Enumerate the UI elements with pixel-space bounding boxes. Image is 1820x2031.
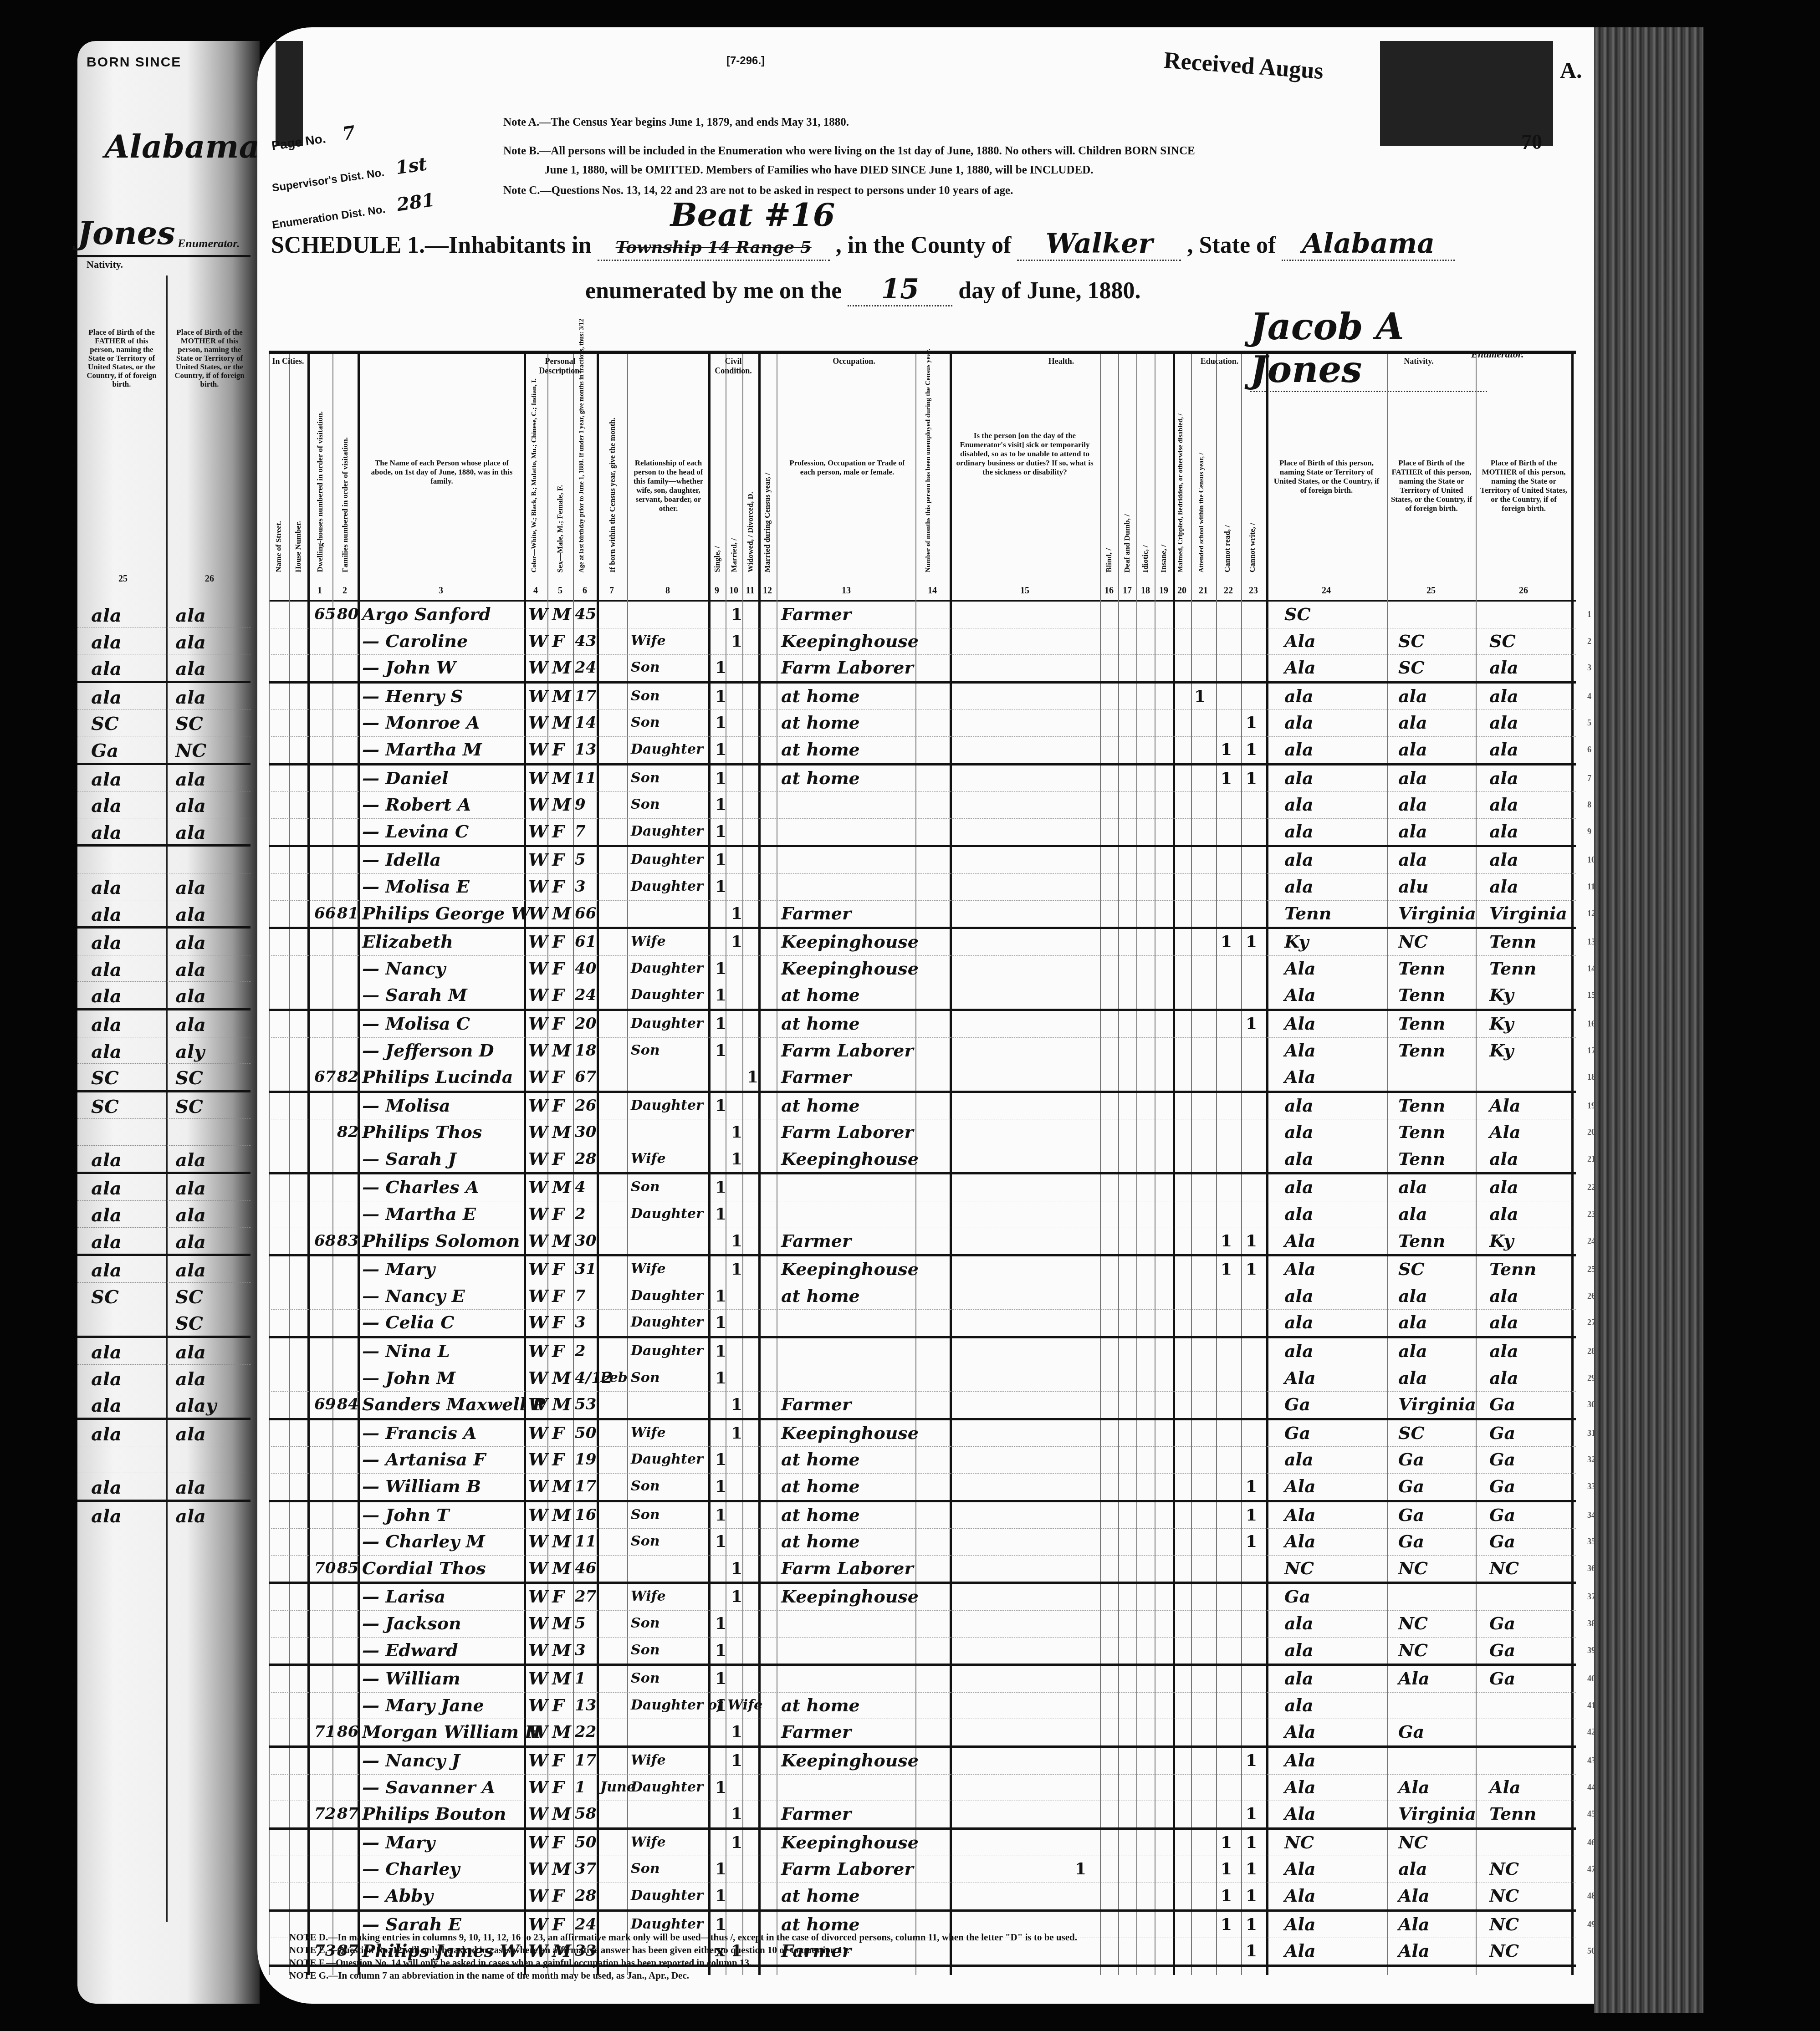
table-row: — Sarah MWF24Daughter1at homeAlaTennKy15 xyxy=(269,982,1576,1011)
note-g: NOTE G.—In column 7 an abbreviation in t… xyxy=(289,1969,1077,1982)
cell-mother: ala xyxy=(175,658,206,679)
column-number: 1 xyxy=(313,586,327,596)
cell-age: 3 xyxy=(575,1640,586,1660)
cell-mother: NC xyxy=(1489,1886,1519,1906)
header-col18: Idiotic, / xyxy=(1141,545,1150,572)
cell-father: ala xyxy=(91,1342,122,1363)
table-row: — Monroe AWM14Son1at home1alaalaala5 xyxy=(269,710,1576,737)
column-number: 11 xyxy=(743,586,757,596)
cell-father: SC xyxy=(91,713,119,735)
table-row: — Nancy EWF7Daughter1at homealaalaala26 xyxy=(269,1283,1576,1310)
previous-page-row: alaala xyxy=(77,683,251,710)
cell-father: ala xyxy=(1398,1286,1427,1306)
cell-name: Philips Solomon xyxy=(362,1231,520,1251)
cell-mother: NC xyxy=(1489,1859,1519,1879)
table-row: — William BWM17Son1at home1AlaGaGa33 xyxy=(269,1474,1576,1502)
table-row: — Martha MWF13Daughter1at home11alaalaal… xyxy=(269,737,1576,765)
previous-page-row: SCSC xyxy=(77,1064,251,1092)
cell-color: W xyxy=(528,822,548,842)
previous-page-row: alaala xyxy=(77,1502,251,1529)
header-col1: Dwelling-houses numbered in order of vis… xyxy=(316,411,325,572)
cell-mother: Ga xyxy=(1489,1476,1515,1496)
cell-age: 31 xyxy=(575,1259,596,1279)
cell-father: ala xyxy=(91,687,122,708)
cell-father: ala xyxy=(91,1477,122,1498)
cell-name: — Edward xyxy=(362,1640,458,1660)
group-education: Education. xyxy=(1173,357,1266,366)
cell-sex: F xyxy=(552,1777,564,1797)
previous-page-rows: alaalaalaalaalaalaalaalaSCSCGaNCalaalaal… xyxy=(77,601,251,1528)
cell-name: — John M xyxy=(362,1368,455,1388)
cell-age: 27 xyxy=(575,1587,596,1607)
table-row: — MolisaWF26Daughter1at homealaTennAla19 xyxy=(269,1093,1576,1120)
cell-mother: ala xyxy=(1489,740,1518,760)
cell-age: 50 xyxy=(575,1423,596,1443)
cell-fam: 82 xyxy=(337,1122,358,1142)
cell-single: 1 xyxy=(715,1505,726,1525)
cell-write: 1 xyxy=(1246,1476,1257,1496)
cell-father: ala xyxy=(1398,822,1427,842)
cell-read: 1 xyxy=(1221,1832,1232,1852)
header-house: House Number. xyxy=(294,521,303,572)
cell-mother: SC xyxy=(175,1313,203,1334)
cell-color: W xyxy=(528,1804,548,1824)
schedule-title-line: SCHEDULE 1.—Inhabitants in Township 14 R… xyxy=(271,228,1455,261)
cell-rel: Wife xyxy=(631,631,666,651)
cell-married: 1 xyxy=(731,932,742,952)
cell-occ: at home xyxy=(781,1531,860,1551)
cell-color: W xyxy=(528,768,548,788)
cell-mother: ala xyxy=(1489,1177,1518,1197)
cell-birth: Ala xyxy=(1284,1041,1316,1061)
enumerator-label: Enumerator. xyxy=(178,237,240,250)
cell-mother: Ky xyxy=(1489,1014,1513,1034)
cell-single: 1 xyxy=(715,1096,726,1116)
cell-single: 1 xyxy=(715,1014,726,1034)
cell-rel: Daughter xyxy=(631,850,703,870)
cell-father: Tenn xyxy=(1398,1014,1445,1034)
county-field: Walker xyxy=(1017,228,1181,261)
cell-name: — Nancy E xyxy=(362,1286,465,1306)
cell-mother: NC xyxy=(1489,1914,1519,1934)
cell-father: Virginia xyxy=(1398,1804,1476,1824)
cell-color: W xyxy=(528,903,548,924)
cell-single: 1 xyxy=(715,1777,726,1797)
cell-mother: ala xyxy=(1489,1312,1518,1332)
cell-mother: ala xyxy=(1489,658,1518,678)
cell-write: 1 xyxy=(1246,1505,1257,1525)
table-row: — Charles AWM4Son1alaalaala22 xyxy=(269,1174,1576,1201)
cell-mother: SC xyxy=(175,1067,203,1089)
cell-father: ala xyxy=(91,795,122,816)
cell-father: Ala xyxy=(1398,1777,1430,1797)
cell-mother: ala xyxy=(1489,850,1518,870)
cell-name: Sanders Maxwell P xyxy=(362,1394,545,1414)
cell-name: Philips Lucinda xyxy=(362,1067,513,1087)
table-row: — CharleyWM37Son1Farm Laborer111AlaalaNC… xyxy=(269,1856,1576,1883)
cell-occ: Farmer xyxy=(781,1067,851,1087)
header-col20: Maimed, Crippled, Bedridden, or otherwis… xyxy=(1177,413,1185,572)
cell-father: ala xyxy=(1398,1204,1427,1224)
cell-color: W xyxy=(528,1832,548,1852)
cell-mother: Ga xyxy=(1489,1613,1515,1633)
cell-write: 1 xyxy=(1246,1859,1257,1879)
previous-page-row: alaala xyxy=(77,765,251,792)
cell-mother: ala xyxy=(175,1014,206,1036)
cell-birth: Ala xyxy=(1284,959,1316,979)
column-number: 26 xyxy=(1517,586,1530,596)
cell-age: 28 xyxy=(575,1149,596,1169)
cell-age: 46 xyxy=(575,1558,596,1578)
cell-father: ala xyxy=(91,1231,122,1253)
cell-name: — Larisa xyxy=(362,1587,445,1607)
cell-mother: ala xyxy=(175,632,206,653)
cell-name: — Molisa E xyxy=(362,877,470,897)
cell-married: 1 xyxy=(731,1832,742,1852)
cell-father: Ala xyxy=(1398,1941,1430,1961)
cell-rel: Daughter xyxy=(631,1312,703,1332)
table-row: — Sarah JWF28Wife1KeepinghousealaTennala… xyxy=(269,1146,1576,1175)
cell-birth: ala xyxy=(1284,795,1314,815)
cell-father: ala xyxy=(91,769,122,790)
cell-name: — Caroline xyxy=(362,631,468,651)
cell-sex: F xyxy=(552,1014,564,1034)
table-row: 6580Argo SanfordWM451FarmerSC1 xyxy=(269,602,1576,628)
cell-name: — Nancy xyxy=(362,959,445,979)
cell-birth: Ala xyxy=(1284,1067,1316,1087)
cell-father: ala xyxy=(1398,850,1427,870)
cell-age: 24 xyxy=(575,658,596,678)
previous-page-row: alaala xyxy=(77,628,251,655)
cell-father: Tenn xyxy=(1398,985,1445,1005)
cell-sex: M xyxy=(552,1505,571,1525)
group-personal: Personal Description. xyxy=(524,357,597,376)
cell-color: W xyxy=(528,1204,548,1224)
cell-color: W xyxy=(528,1177,548,1197)
cell-mother: SC xyxy=(175,1096,203,1118)
table-row: — Robert AWM9Son1alaalaala8 xyxy=(269,792,1576,819)
cell-color: W xyxy=(528,713,548,733)
cell-married: 1 xyxy=(731,1259,742,1279)
cell-rel: Daughter xyxy=(631,1341,703,1361)
cell-color: W xyxy=(528,631,548,651)
cell-father: ala xyxy=(1398,1368,1427,1388)
cell-write: 1 xyxy=(1246,768,1257,788)
cell-occ: Farmer xyxy=(781,1231,851,1251)
cell-sex: F xyxy=(552,985,564,1005)
previous-page-row: SC xyxy=(77,1309,251,1338)
census-table: In Cities. Personal Description. Civil C… xyxy=(269,351,1576,1967)
cell-father: ala xyxy=(91,877,122,898)
cell-name: — John T xyxy=(362,1505,449,1525)
cell-mother: ala xyxy=(175,877,206,898)
cell-mother: Ala xyxy=(1489,1122,1521,1142)
cell-mother: Virginia xyxy=(1489,903,1567,924)
cell-write: 1 xyxy=(1246,1531,1257,1551)
cell-mother: NC xyxy=(1489,1941,1519,1961)
cell-age: 4 xyxy=(575,1177,586,1197)
cell-single: 1 xyxy=(715,713,726,733)
cell-write: 1 xyxy=(1246,713,1257,733)
cell-single: 1 xyxy=(715,1613,726,1633)
book-edge xyxy=(1594,27,1703,2013)
cell-married: 1 xyxy=(731,1231,742,1251)
cell-birth: Tenn xyxy=(1284,903,1331,924)
cell-sex: F xyxy=(552,1750,564,1771)
cell-father: SC xyxy=(1398,631,1425,651)
header-col26: Place of Birth of the MOTHER of this per… xyxy=(1479,459,1568,513)
cell-age: 13 xyxy=(575,740,596,760)
cell-rel: Son xyxy=(631,768,660,788)
cell-color: W xyxy=(528,1312,548,1332)
column-number: 13 xyxy=(839,586,853,596)
header-col4: Color—White, W.; Black, B.; Mulatto, Mu.… xyxy=(531,378,538,572)
cell-mother: SC xyxy=(175,713,203,735)
cell-occ: Farm Laborer xyxy=(781,1859,913,1879)
cell-married: 1 xyxy=(731,1587,742,1607)
cell-birth: Ala xyxy=(1284,1476,1316,1496)
header-col8: Relationship of each person to the head … xyxy=(631,459,706,513)
cell-sex: F xyxy=(552,1423,564,1443)
note-c: Note C.—Questions Nos. 13, 14, 22 and 23… xyxy=(503,184,1013,197)
header-col14: Number of months this person has been un… xyxy=(925,349,932,572)
previous-page-row: alaala xyxy=(77,1146,251,1174)
cell-name: Elizabeth xyxy=(362,932,453,952)
cell-sex: M xyxy=(552,795,571,815)
cell-age: 1 xyxy=(575,1669,586,1689)
cell-fam: 81 xyxy=(337,903,358,924)
cell-mother: ala xyxy=(1489,795,1518,815)
cell-fam: 87 xyxy=(337,1804,358,1824)
cell-birth: ala xyxy=(1284,1341,1314,1361)
cell-father: Tenn xyxy=(1398,1149,1445,1169)
supervisor-district-value: 1st xyxy=(394,153,429,179)
cell-birth: Ga xyxy=(1284,1587,1310,1607)
table-row: 7287Philips BoutonWM581Farmer1AlaVirgini… xyxy=(269,1801,1576,1830)
cell-sex: M xyxy=(552,1476,571,1496)
cell-birth: ala xyxy=(1284,1669,1314,1689)
cell-mother: ala xyxy=(175,1505,206,1527)
cell-birth: ala xyxy=(1284,1204,1314,1224)
previous-page-row: alaala xyxy=(77,955,251,982)
cell-name: — Mary xyxy=(362,1832,435,1852)
cell-father: NC xyxy=(1398,932,1428,952)
header-col25: Place of Birth of the FATHER of this per… xyxy=(1390,459,1473,513)
column-number: 2 xyxy=(338,586,352,596)
cell-name: — Nina L xyxy=(362,1341,450,1361)
cell-rel: Son xyxy=(631,1640,660,1660)
cell-color: W xyxy=(528,1558,548,1578)
cell-rel: Son xyxy=(631,1476,660,1496)
cell-birth: SC xyxy=(1284,604,1311,624)
line-number: 4 xyxy=(1587,692,1591,701)
cell-mother: Ky xyxy=(1489,985,1513,1005)
cell-color: W xyxy=(528,959,548,979)
cell-mother: Tenn xyxy=(1489,1259,1536,1279)
cell-mother: Tenn xyxy=(1489,1804,1536,1824)
corner-letter: A. xyxy=(1560,57,1582,83)
table-row: 7186Morgan William HWM221FarmerAlaGa42 xyxy=(269,1719,1576,1748)
header-col11: Widowed, / Divorced, D. xyxy=(746,492,755,572)
cell-single: 1 xyxy=(715,822,726,842)
cell-rel: Daughter xyxy=(631,1204,703,1224)
cell-mother: ala xyxy=(175,1260,206,1281)
cell-single: 1 xyxy=(715,985,726,1005)
cell-rel: Son xyxy=(631,1531,660,1551)
cell-month: June xyxy=(600,1777,635,1797)
table-row: — Francis AWF50Wife1KeepinghouseGaSCGa31 xyxy=(269,1420,1576,1447)
cell-name: — Francis A xyxy=(362,1423,477,1443)
cell-birth: Ky xyxy=(1284,932,1309,952)
cell-sex: M xyxy=(552,1722,571,1742)
cell-rel: Daughter xyxy=(631,985,703,1005)
cell-read: 1 xyxy=(1221,1886,1232,1906)
cell-mother: ala xyxy=(175,687,206,708)
cell-mother: ala xyxy=(175,1368,206,1390)
cell-name: — Martha M xyxy=(362,740,482,760)
cell-occ: Keepinghouse xyxy=(781,1587,919,1607)
cell-father: ala xyxy=(1398,795,1427,815)
cell-occ: Keepinghouse xyxy=(781,932,919,952)
cell-father: SC xyxy=(1398,1423,1425,1443)
cell-birth: Ala xyxy=(1284,1505,1316,1525)
cell-mother: ala xyxy=(1489,686,1518,706)
table-row: — John TWM16Son1at home1AlaGaGa34 xyxy=(269,1502,1576,1529)
cell-father: SC xyxy=(1398,658,1425,678)
cell-birth: ala xyxy=(1284,1695,1314,1715)
page-no-value: 7 xyxy=(341,122,357,144)
column-number: 7 xyxy=(605,586,619,596)
cell-color: W xyxy=(528,1394,548,1414)
header-col17: Deaf and Dumb, / xyxy=(1123,514,1132,572)
previous-page-row xyxy=(77,847,251,873)
column-number: 6 xyxy=(578,586,592,596)
cell-occ: at home xyxy=(781,1286,860,1306)
cell-occ: Farm Laborer xyxy=(781,658,913,678)
cell-mother: ala xyxy=(175,1204,206,1226)
cell-father: ala xyxy=(91,1204,122,1226)
cell-rel: Son xyxy=(631,1859,660,1879)
cell-age: 7 xyxy=(575,1286,586,1306)
cell-father: Ga xyxy=(1398,1505,1424,1525)
cell-married: 1 xyxy=(731,1722,742,1742)
cell-father: ala xyxy=(1398,686,1427,706)
cell-rel: Daughter xyxy=(631,1014,703,1034)
cell-mother: Tenn xyxy=(1489,959,1536,979)
cell-rel: Daughter xyxy=(631,822,703,842)
header-col19: Insane, / xyxy=(1159,545,1168,572)
cell-birth: Ala xyxy=(1284,1368,1316,1388)
cell-dw: 66 xyxy=(314,903,336,924)
cell-age: 1 xyxy=(575,1777,586,1797)
table-row: — Molisa CWF20Daughter1at home1AlaTennKy… xyxy=(269,1011,1576,1038)
cell-married: 1 xyxy=(731,604,742,624)
enumeration-district-value: 281 xyxy=(395,189,436,215)
table-row: — Martha EWF2Daughter1alaalaala23 xyxy=(269,1201,1576,1228)
col26-number: 26 xyxy=(205,574,214,584)
line-number: 2 xyxy=(1587,637,1591,646)
cell-mother: Ala xyxy=(1489,1096,1521,1116)
cell-age: 30 xyxy=(575,1231,596,1251)
cell-birth: Ala xyxy=(1284,1941,1316,1961)
cell-single: 1 xyxy=(715,1449,726,1470)
cell-color: W xyxy=(528,1640,548,1660)
cell-father: ala xyxy=(1398,713,1427,733)
cell-name: Philips Bouton xyxy=(362,1804,506,1824)
group-in-cities: In Cities. xyxy=(269,357,307,366)
cell-sex: M xyxy=(552,1122,571,1142)
cell-single: 1 xyxy=(715,1341,726,1361)
cell-father: Virginia xyxy=(1398,903,1476,924)
cell-color: W xyxy=(528,985,548,1005)
table-header: In Cities. Personal Description. Civil C… xyxy=(269,351,1576,602)
cell-color: W xyxy=(528,1505,548,1525)
column-number: 10 xyxy=(727,586,741,596)
cell-father: Ala xyxy=(1398,1886,1430,1906)
table-row: 7085Cordial ThosWM461Farm LaborerNCNCNC3… xyxy=(269,1556,1576,1584)
cell-father: Tenn xyxy=(1398,1122,1445,1142)
cell-occ: at home xyxy=(781,1695,860,1715)
cell-age: 11 xyxy=(575,1531,596,1551)
cell-sex: F xyxy=(552,1286,564,1306)
cell-mother: NC xyxy=(175,740,206,761)
header-col2: Families numbered in order of visitation… xyxy=(341,437,350,572)
cell-age: 20 xyxy=(575,1014,596,1034)
cell-occ: at home xyxy=(781,1449,860,1470)
column-number: 4 xyxy=(529,586,542,596)
cell-single: 1 xyxy=(715,1886,726,1906)
cell-sex: F xyxy=(552,850,564,870)
cell-sex: M xyxy=(552,1531,571,1551)
cell-name: — Henry S xyxy=(362,686,463,706)
cell-name: — Robert A xyxy=(362,795,471,815)
cell-school: 1 xyxy=(1194,686,1206,706)
cell-name: — Artanisa F xyxy=(362,1449,486,1470)
cell-color: W xyxy=(528,1231,548,1251)
table-row: — Jefferson DWM18Son1Farm LaborerAlaTenn… xyxy=(269,1038,1576,1065)
column-number: 22 xyxy=(1222,586,1235,596)
cell-age: 24 xyxy=(575,985,596,1005)
cell-read: 1 xyxy=(1221,1859,1232,1879)
previous-page-row: SCSC xyxy=(77,1092,251,1119)
cell-name: — Nancy J xyxy=(362,1750,460,1771)
cell-father: SC xyxy=(1398,1259,1425,1279)
cell-color: W xyxy=(528,740,548,760)
cell-father: ala xyxy=(91,959,122,980)
cell-fam: 80 xyxy=(337,604,358,624)
column-number: 5 xyxy=(553,586,567,596)
cell-married: 1 xyxy=(731,1750,742,1771)
cell-father: Ga xyxy=(91,740,118,761)
line-number: 1 xyxy=(1587,610,1591,619)
cell-color: W xyxy=(528,1014,548,1034)
cell-name: — John W xyxy=(362,658,456,678)
cell-name: — Levina C xyxy=(362,822,469,842)
previous-page-row: alaala xyxy=(77,1256,251,1283)
cell-mother: ala xyxy=(1489,1286,1518,1306)
header-col3: The Name of each Person whose place of a… xyxy=(364,459,519,486)
cell-father: Ga xyxy=(1398,1476,1424,1496)
cell-birth: ala xyxy=(1284,713,1314,733)
cell-birth: Ala xyxy=(1284,658,1316,678)
table-row: — John WWM24Son1Farm LaborerAlaSCala3 xyxy=(269,655,1576,684)
previous-page-row: alaala xyxy=(77,900,251,929)
cell-rel: Daughter xyxy=(631,1096,703,1116)
cell-occ: at home xyxy=(781,1505,860,1525)
cell-sex: M xyxy=(552,604,571,624)
cell-father: ala xyxy=(91,932,122,954)
cell-birth: ala xyxy=(1284,1096,1314,1116)
